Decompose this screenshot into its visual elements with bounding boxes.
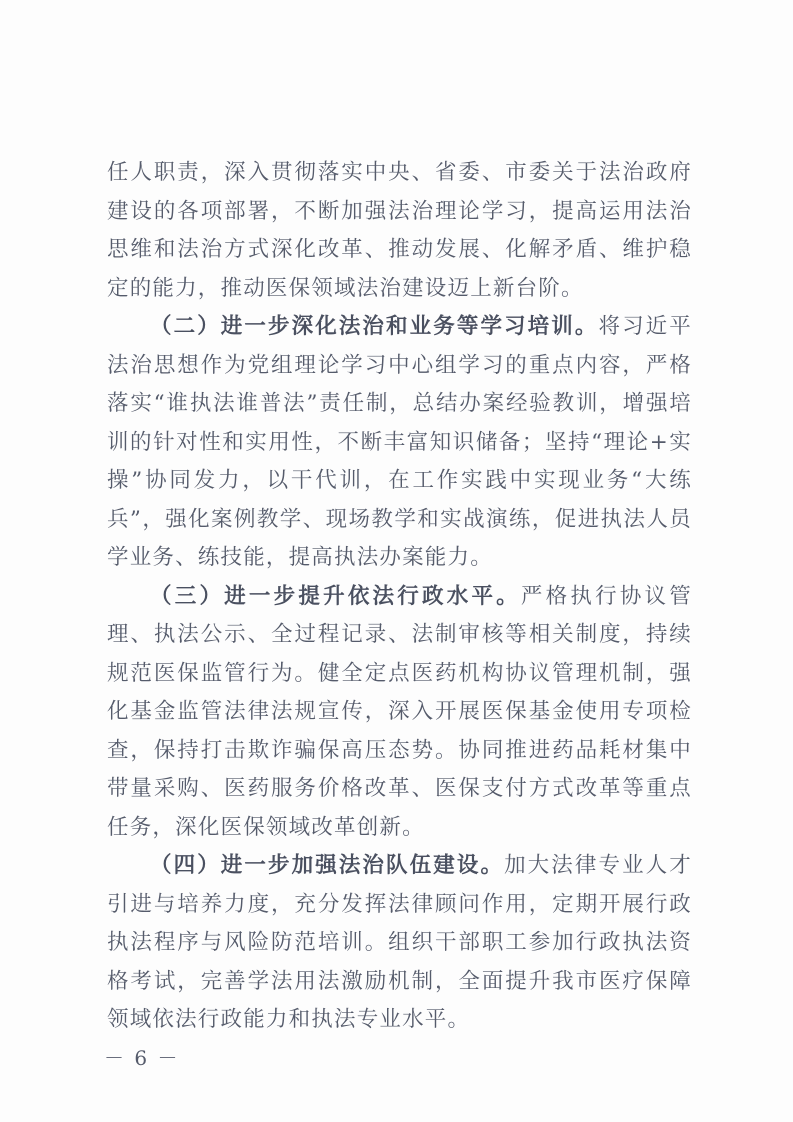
paragraph-continued: 任人职责，深入贯彻落实中央、省委、市委关于法治政府建设的各项部署，不断加强法治理… xyxy=(107,154,692,308)
document-page: 任人职责，深入贯彻落实中央、省委、市委关于法治政府建设的各项部署，不断加强法治理… xyxy=(107,154,692,1040)
section-heading: （三）进一步提升依法行政水平。 xyxy=(150,584,521,609)
paragraph-section-3: （三）进一步提升依法行政水平。严格执行协议管理、执法公示、全过程记录、法制审核等… xyxy=(107,578,692,848)
page-number: － 6 － xyxy=(104,1042,179,1071)
paragraph-body: 严格执行协议管理、执法公示、全过程记录、法制审核等相关制度，持续规范医保监管行为… xyxy=(107,584,692,840)
section-heading: （二）进一步深化法治和业务等学习培训。 xyxy=(150,314,598,339)
paragraph-body: 加大法律专业人才引进与培养力度，充分发挥法律顾问作用，定期开展行政执法程序与风险… xyxy=(107,853,692,1032)
paragraph-section-4: （四）进一步加强法治队伍建设。加大法律专业人才引进与培养力度，充分发挥法律顾问作… xyxy=(107,847,692,1040)
section-heading: （四）进一步加强法治队伍建设。 xyxy=(150,853,504,878)
paragraph-body: 将习近平法治思想作为党组理论学习中心组学习的重点内容，严格落实“谁执法谁普法”责… xyxy=(107,314,692,570)
paragraph-body: 任人职责，深入贯彻落实中央、省委、市委关于法治政府建设的各项部署，不断加强法治理… xyxy=(107,160,692,301)
paragraph-section-2: （二）进一步深化法治和业务等学习培训。将习近平法治思想作为党组理论学习中心组学习… xyxy=(107,308,692,578)
